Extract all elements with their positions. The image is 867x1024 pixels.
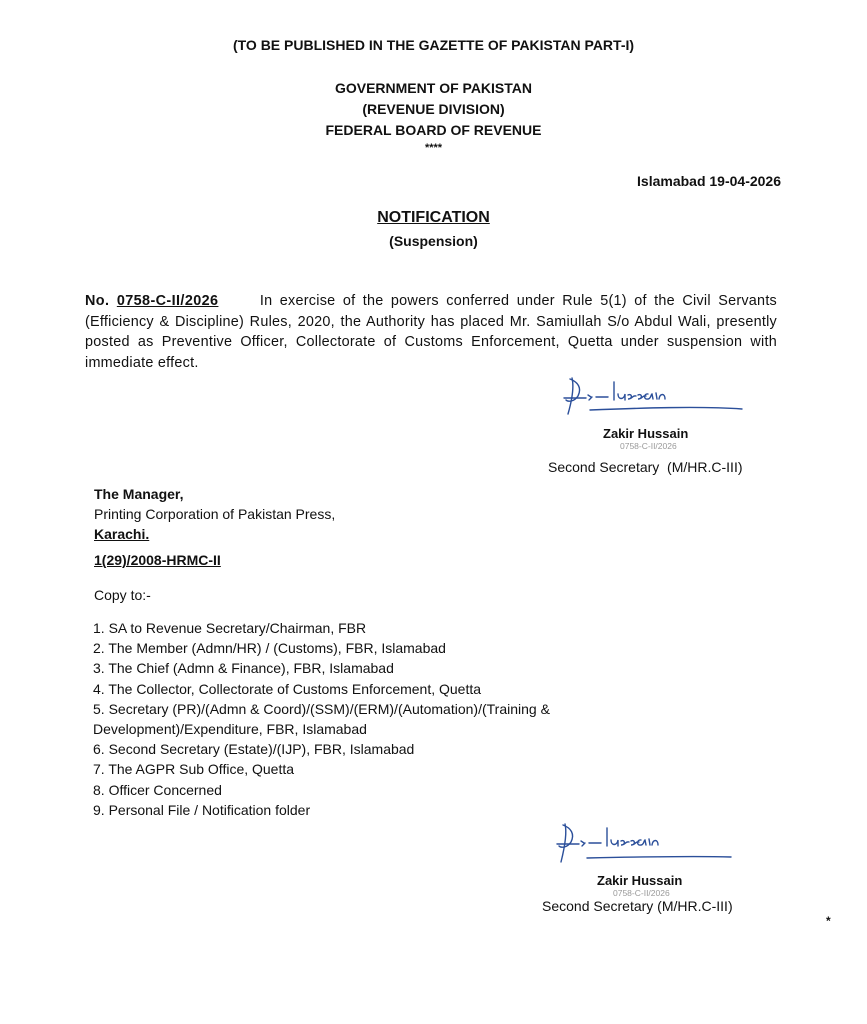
list-item: 5. Secretary (PR)/(Admn & Coord)/(SSM)/(…	[93, 699, 550, 719]
list-item: 6. Second Secretary (Estate)/(IJP), FBR,…	[93, 739, 550, 759]
notification-body: No. 0758-C-II/2026 In exercise of the po…	[85, 291, 777, 373]
list-item: 7. The AGPR Sub Office, Quetta	[93, 759, 550, 779]
signature-1-ref: 0758-C-II/2026	[620, 441, 677, 451]
list-item: 8. Officer Concerned	[93, 780, 550, 800]
list-item: 3. The Chief (Admn & Finance), FBR, Isla…	[93, 658, 550, 678]
recipient-line-3: Karachi.	[94, 524, 149, 544]
org-line-board: FEDERAL BOARD OF REVENUE	[0, 122, 867, 138]
notification-number-prefix: No.	[85, 293, 109, 309]
copy-to-list: 1. SA to Revenue Secretary/Chairman, FBR…	[93, 618, 550, 820]
recipient-line-1: The Manager,	[94, 484, 183, 504]
signature-1-title: Second Secretary (M/HR.C-III)	[548, 459, 743, 475]
org-line-division: (REVENUE DIVISION)	[0, 101, 867, 117]
gazette-heading: (TO BE PUBLISHED IN THE GAZETTE OF PAKIS…	[0, 37, 867, 53]
footer-mark: *	[826, 914, 831, 928]
recipient-line-2: Printing Corporation of Pakistan Press,	[94, 504, 335, 524]
signature-1-name: Zakir Hussain	[603, 426, 688, 441]
signature-1-icon	[560, 376, 750, 422]
signature-2-icon	[553, 822, 743, 868]
list-item: 9. Personal File / Notification folder	[93, 800, 550, 820]
signature-2-title: Second Secretary (M/HR.C-III)	[542, 898, 733, 914]
signature-2-ref: 0758-C-II/2026	[613, 888, 670, 898]
list-item: 2. The Member (Admn/HR) / (Customs), FBR…	[93, 638, 550, 658]
place-date: Islamabad 19-04-2026	[637, 173, 781, 189]
list-item: 4. The Collector, Collectorate of Custom…	[93, 679, 550, 699]
copy-to-label: Copy to:-	[94, 585, 151, 605]
notification-number: 0758-C-II/2026	[117, 293, 219, 309]
notification-subtitle: (Suspension)	[0, 233, 867, 249]
org-line-government: GOVERNMENT OF PAKISTAN	[0, 80, 867, 96]
signature-2-name: Zakir Hussain	[597, 873, 682, 888]
file-number: 1(29)/2008-HRMC-II	[94, 550, 221, 570]
list-item: Development)/Expenditure, FBR, Islamabad	[93, 719, 550, 739]
list-item: 1. SA to Revenue Secretary/Chairman, FBR	[93, 618, 550, 638]
notification-title: NOTIFICATION	[0, 209, 867, 227]
separator-stars: ****	[0, 142, 867, 154]
